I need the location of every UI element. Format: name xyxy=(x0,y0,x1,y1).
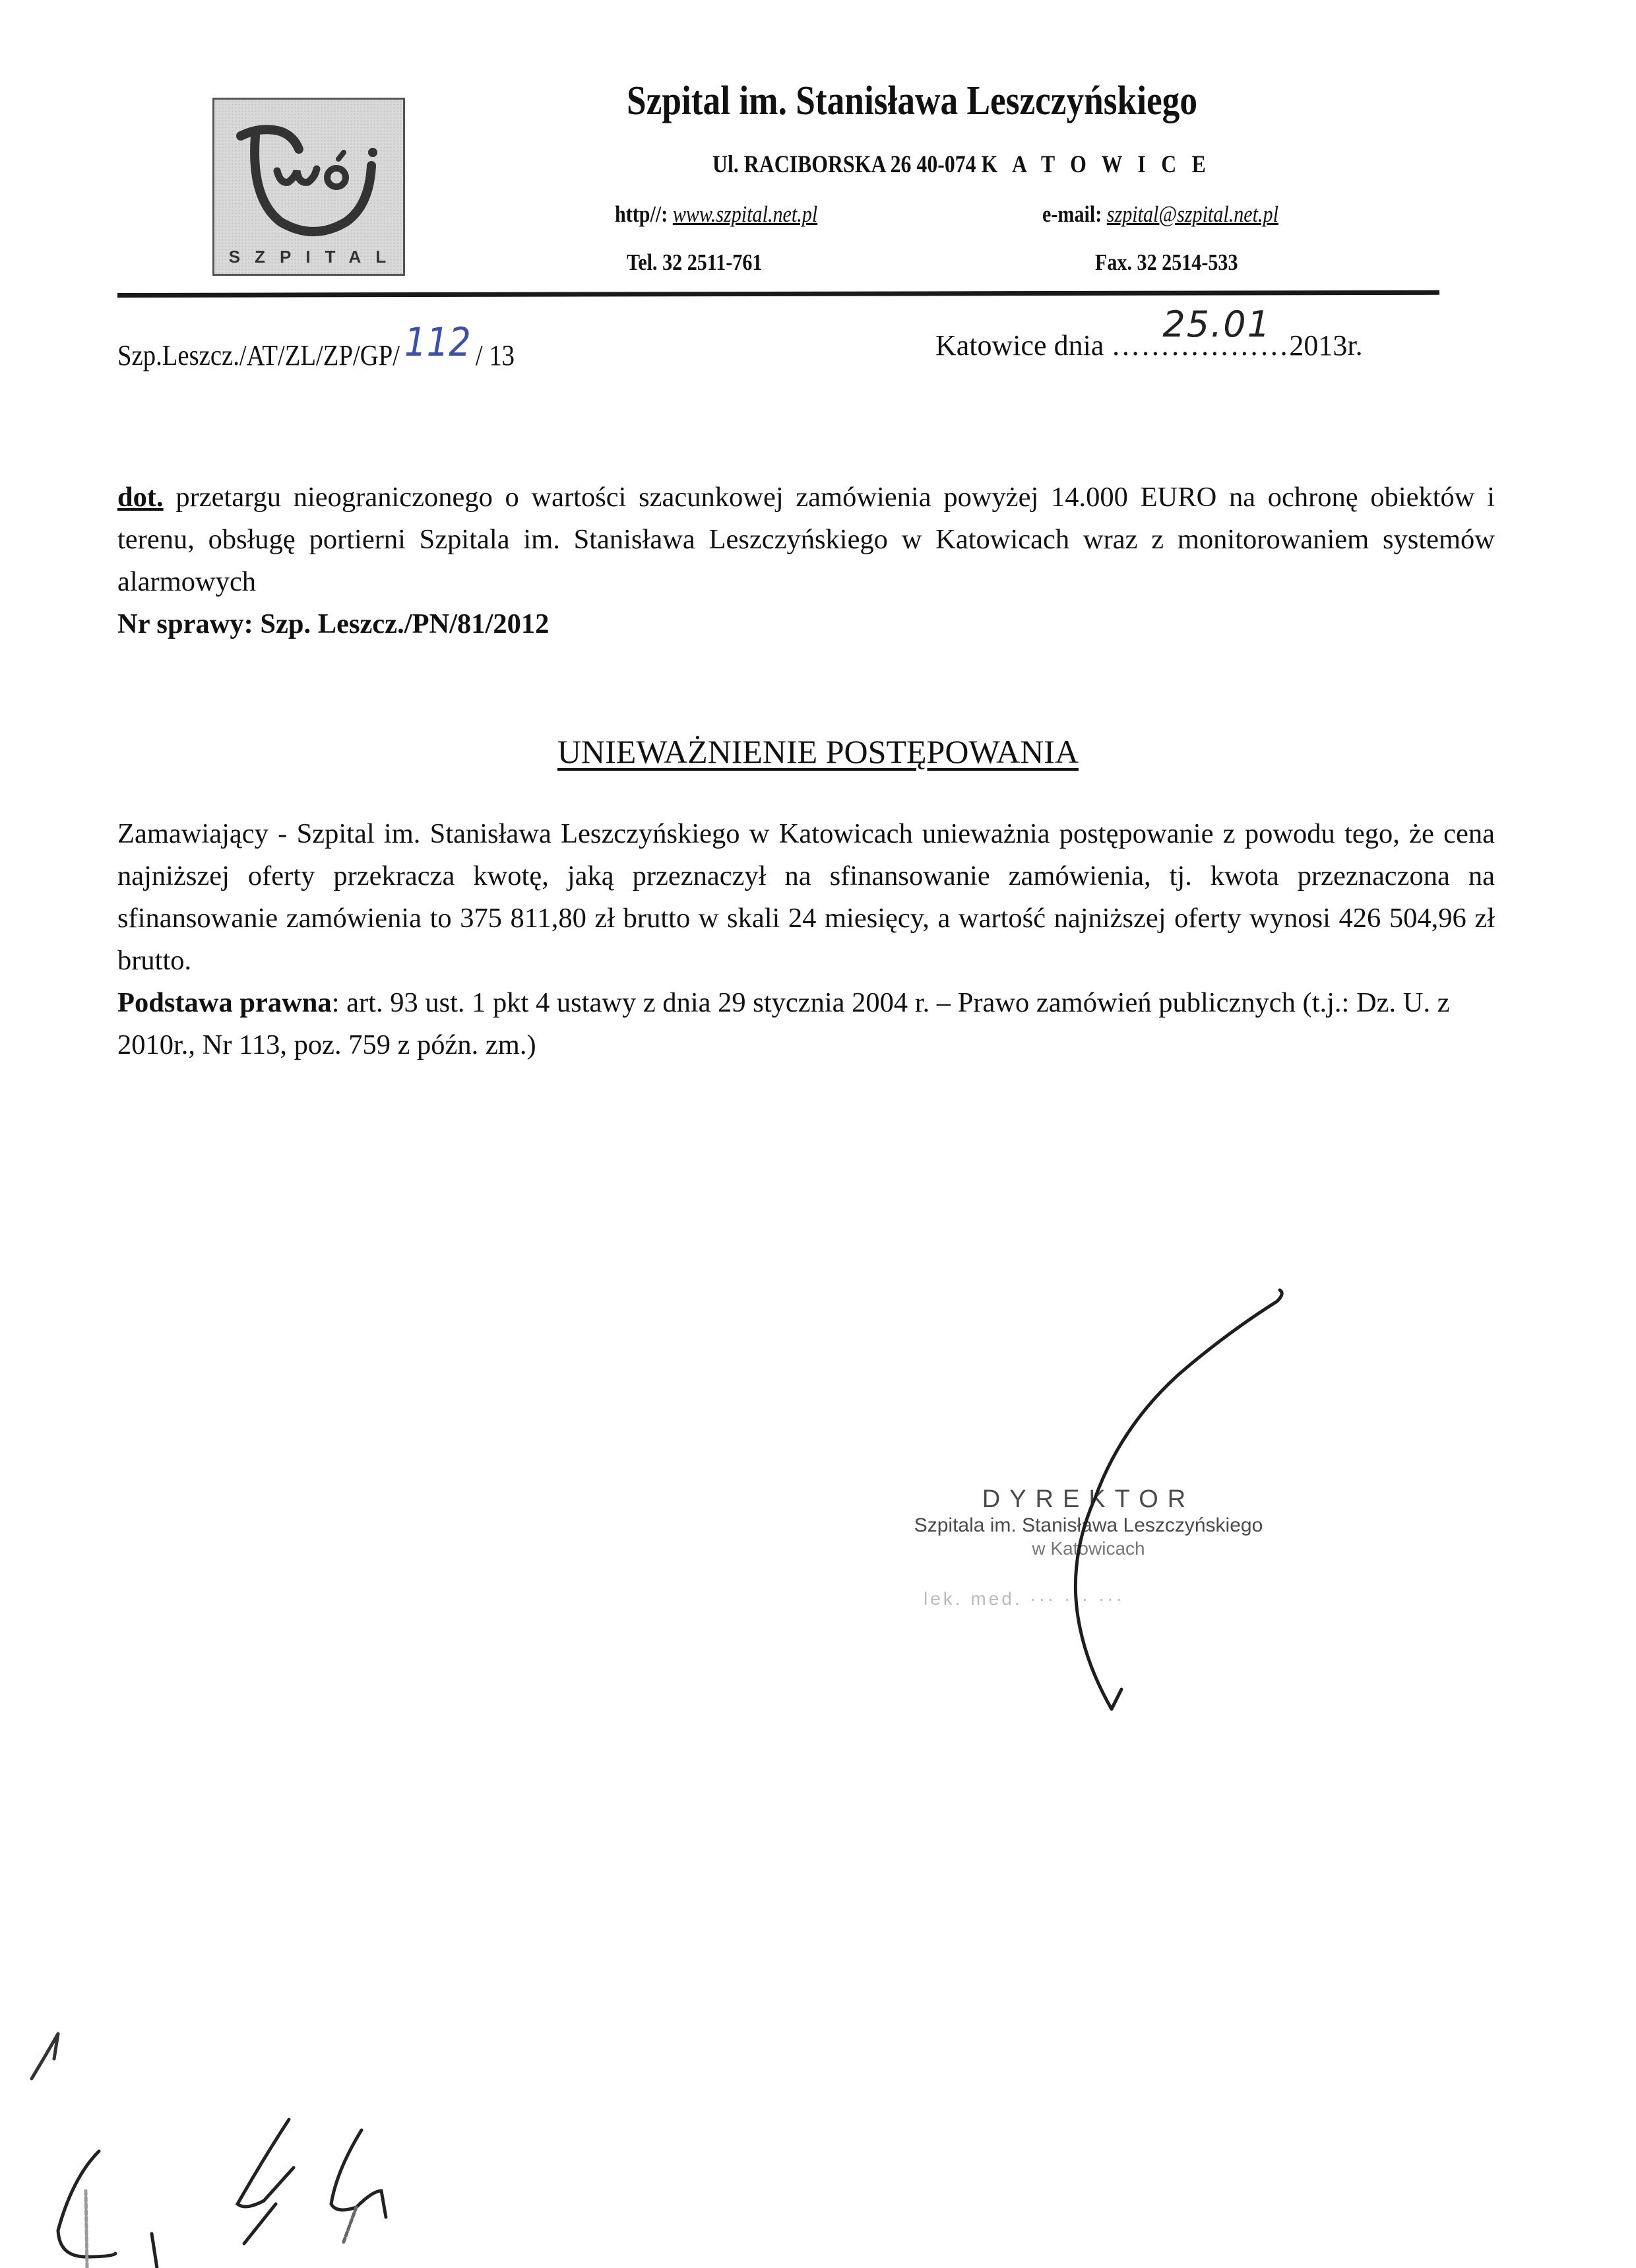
date-line: Katowice dnia ……………… 25.01 2013r. xyxy=(935,329,1363,362)
website-label: http//: xyxy=(615,201,668,227)
header-divider xyxy=(117,290,1439,298)
address-city: K A T O W I C E xyxy=(982,151,1211,178)
hospital-logo: SZPITAL xyxy=(212,98,405,276)
website-link[interactable]: www.szpital.net.pl xyxy=(673,201,817,227)
address-street: Ul. RACIBORSKA 26 xyxy=(712,151,911,178)
handwritten-reference-number: 112 xyxy=(404,319,471,366)
reference-prefix: Szp.Leszcz./AT/ZL/ZP/GP/ xyxy=(117,339,400,372)
subject-label: dot. xyxy=(117,482,164,513)
subject-block: dot. przetargu nieograniczonego o wartoś… xyxy=(117,476,1495,645)
subject-text: przetargu nieograniczonego o wartości sz… xyxy=(117,482,1495,597)
document-heading: UNIEWAŻNIENIE POSTĘPOWANIA xyxy=(0,732,1636,771)
email-link[interactable]: szpital@szpital.net.pl xyxy=(1107,201,1278,227)
date-year: 2013r. xyxy=(1289,329,1362,362)
legal-basis-label: Podstawa prawna xyxy=(117,987,332,1018)
decision-paragraph: Zamawiający - Szpital im. Stanisława Les… xyxy=(117,813,1495,982)
legal-basis: Podstawa prawna: art. 93 ust. 1 pkt 4 us… xyxy=(117,982,1495,1066)
reference-number: Szp.Leszcz./AT/ZL/ZP/GP/112/ 13 xyxy=(117,329,515,375)
address-postcode: 40-074 xyxy=(916,151,976,178)
stamp-line-3: lek. med. ··· ··· ··· xyxy=(897,1588,1280,1610)
hospital-name: Szpital im. Stanisława Leszczyńskiego xyxy=(627,78,1197,125)
decision-body: Zamawiający - Szpital im. Stanisława Les… xyxy=(117,813,1495,1066)
director-stamp: DYREKTOR Szpitala im. Stanisława Leszczy… xyxy=(897,1485,1280,1610)
stamp-title: DYREKTOR xyxy=(897,1485,1280,1514)
margin-mark-icon xyxy=(32,2034,58,2079)
case-number: Nr sprawy: Szp. Leszcz./PN/81/2012 xyxy=(117,603,1495,645)
handwritten-date: 25.01 xyxy=(1162,304,1271,345)
handwritten-initials-icon xyxy=(58,2120,386,2268)
hospital-address: Ul. RACIBORSKA 26 40-074 K A T O W I C E xyxy=(712,150,1211,179)
website-line: http//: www.szpital.net.pl xyxy=(615,201,817,228)
email-label: e-mail: xyxy=(1042,201,1102,227)
stamp-line-2: w Katowicach xyxy=(897,1538,1280,1560)
logo-wordmark: SZPITAL xyxy=(214,247,403,267)
email-line: e-mail: szpital@szpital.net.pl xyxy=(1042,201,1278,228)
fax: Fax. 32 2514-533 xyxy=(1095,249,1238,276)
telephone: Tel. 32 2511-761 xyxy=(627,249,762,276)
heading-text: UNIEWAŻNIENIE POSTĘPOWANIA xyxy=(557,733,1079,770)
date-label: Katowice dnia xyxy=(935,329,1104,362)
stamp-line-1: Szpitala im. Stanisława Leszczyńskiego xyxy=(897,1514,1280,1538)
reference-suffix: / 13 xyxy=(476,339,515,372)
